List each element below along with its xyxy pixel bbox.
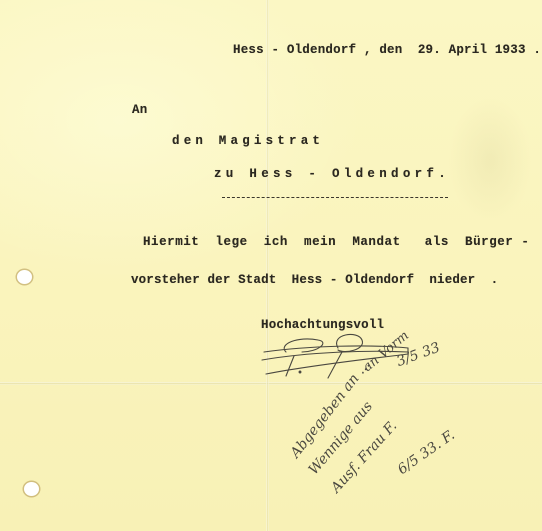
punch-hole-top (17, 270, 32, 284)
body-line1: Hiermit lege ich mein Mandat als Bürger … (143, 235, 529, 249)
underline-rule (222, 197, 448, 198)
body-line2: vorsteher der Stadt Hess - Oldendorf nie… (131, 273, 498, 287)
dateline: Hess - Oldendorf , den 29. April 1933 . (233, 43, 541, 57)
letter-page: Hess - Oldendorf , den 29. April 1933 . … (0, 0, 542, 531)
punch-hole-bottom (24, 482, 39, 496)
recipient-salutation: An (132, 103, 147, 117)
annotation-date-bottom: 6/5 33. F. (395, 427, 458, 478)
vertical-fold-line (266, 0, 269, 531)
recipient-line1: den Magistrat (172, 134, 324, 148)
recipient-line2: zu Hess - Oldendorf. (214, 167, 450, 181)
